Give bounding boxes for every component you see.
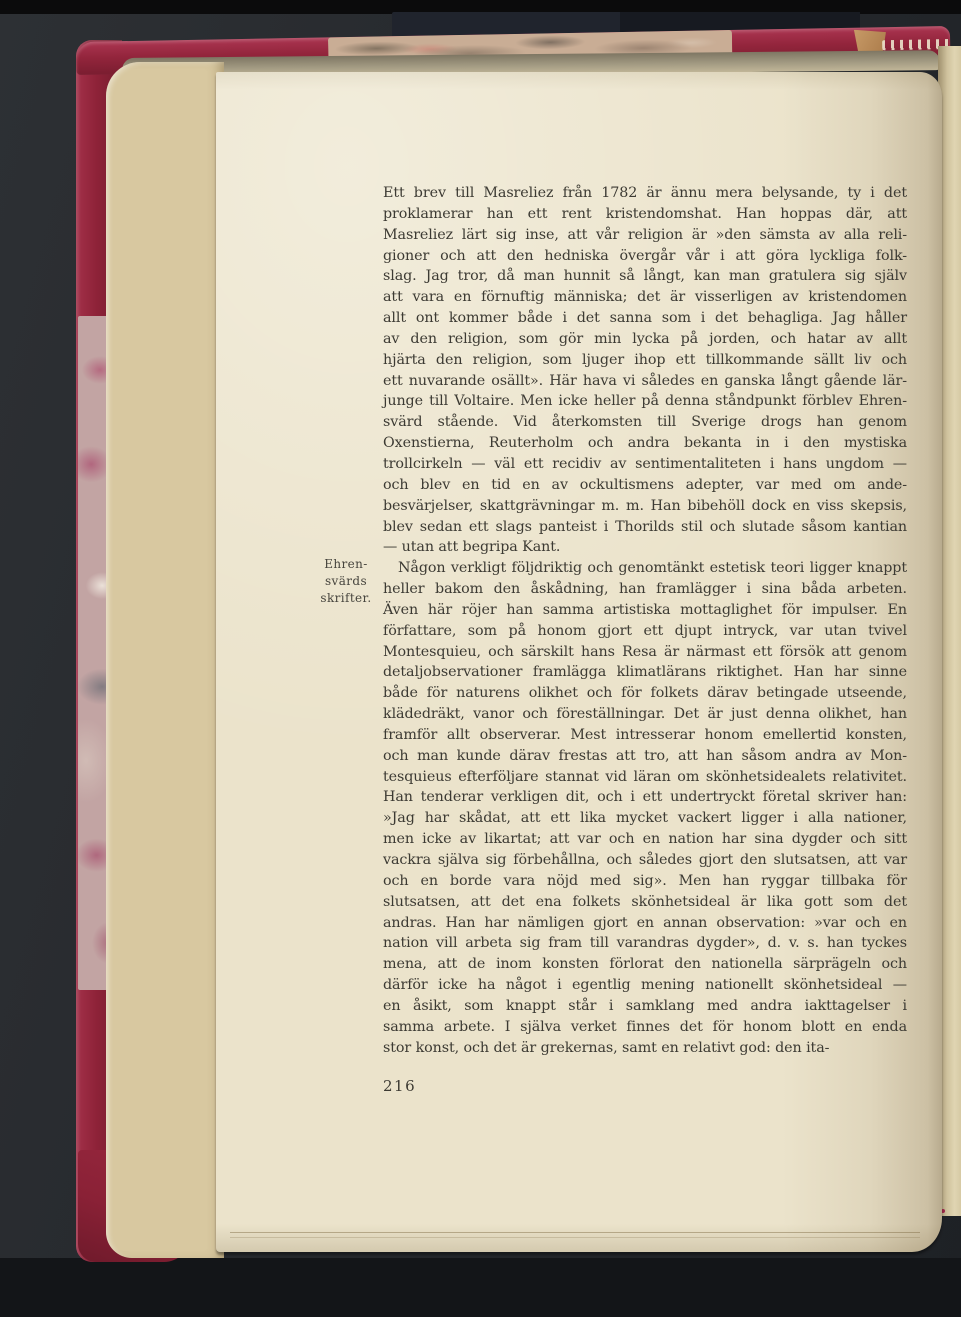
- text-line: gioner och att den hedniska övergår vår …: [383, 246, 907, 267]
- text-line: därför icke ha något i egentlig mening n…: [383, 975, 907, 996]
- text-line: både för naturens olikhet och för folket…: [383, 683, 907, 704]
- text-line: stor konst, och det är grekernas, samt e…: [383, 1038, 907, 1059]
- text-line: Masreliez lärt sig inse, att vår religio…: [383, 225, 907, 246]
- text-line: Även här röjer han samma artistiska mott…: [383, 600, 907, 621]
- margin-note: Ehren- svärds skrifter.: [310, 556, 382, 608]
- margin-note-line: svärds: [310, 573, 382, 590]
- text-line: Ett brev till Masreliez från 1782 är änn…: [383, 183, 907, 204]
- text-line: andras. Han har nämligen gjort en annan …: [383, 913, 907, 934]
- text-line: klädedräkt, vanor och föreställningar. D…: [383, 704, 907, 725]
- text-line: ett nuvarande osällt». Här hava vi såled…: [383, 371, 907, 392]
- text-line: trollcirkeln — väl ett recidiv av sentim…: [383, 454, 907, 475]
- page-number: 216: [383, 1077, 416, 1095]
- text-line: »Jag har skådat, att ett lika mycket vac…: [383, 808, 907, 829]
- text-line: hjärta den religion, som ljuger ihop ett…: [383, 350, 907, 371]
- text-line: Han tenderar verkligen dit, och i ett un…: [383, 787, 907, 808]
- text-line: framför allt observerar. Mest intressera…: [383, 725, 907, 746]
- backdrop-bottom-strip: [0, 1258, 961, 1317]
- text-line: Någon verkligt följdriktig och genomtänk…: [383, 558, 907, 579]
- text-line: proklamerar han ett rent kristendomshat.…: [383, 204, 907, 225]
- text-line: — utan att begripa Kant.: [383, 537, 907, 558]
- margin-note-line: Ehren-: [310, 556, 382, 573]
- text-line: men icke av likartat; att var och en nat…: [383, 829, 907, 850]
- book-photograph: Ehren- svärds skrifter. Ett brev till Ma…: [0, 0, 961, 1317]
- paragraph: Någon verkligt följdriktig och genomtänk…: [383, 558, 907, 1058]
- text-line: vackra själva sig förbehållna, och såled…: [383, 850, 907, 871]
- text-line: heller bakom den åskådning, han framlägg…: [383, 579, 907, 600]
- text-line: att vara en förnuftig människa; det är v…: [383, 287, 907, 308]
- text-line: slag. Jag tror, då man hunnit så långt, …: [383, 266, 907, 287]
- text-line: och man kunde därav frestas att tro, att…: [383, 746, 907, 767]
- text-line: detaljobservationer framlägga klimatlära…: [383, 662, 907, 683]
- paragraph: Ett brev till Masreliez från 1782 är änn…: [383, 183, 907, 558]
- text-line: Oxenstierna, Reuterholm och andra bekant…: [383, 433, 907, 454]
- text-line: och en borde vara nöjd med sig». Men han…: [383, 871, 907, 892]
- text-line: allt ont kommer både i det sanna som i d…: [383, 308, 907, 329]
- margin-note-line: skrifter.: [310, 590, 382, 607]
- text-line: författare, som på honom gjort ett djupt…: [383, 621, 907, 642]
- text-line: mena, att de inom konsten förlorat den n…: [383, 954, 907, 975]
- text-line: blev sedan ett slags panteist i Thorilds…: [383, 517, 907, 538]
- text-line: av den religion, som gör min lycka på jo…: [383, 329, 907, 350]
- text-line: samma arbete. I själva verket finnes det…: [383, 1017, 907, 1038]
- text-line: slutsatsen, att det ena folkets skönhets…: [383, 892, 907, 913]
- text-line: Montesquieu, och särskilt hans Resa är n…: [383, 642, 907, 663]
- page-edge-stack: [106, 62, 224, 1258]
- text-line: tesquieus efterföljare stannat vid läran…: [383, 767, 907, 788]
- text-line: nation vill arbeta sig fram till varandr…: [383, 933, 907, 954]
- text-line: och blev en tid en av ockultismens adept…: [383, 475, 907, 496]
- text-line: junge till Voltaire. Men icke heller på …: [383, 391, 907, 412]
- text-line: svärd stående. Vid återkomsten till Sver…: [383, 412, 907, 433]
- page-text: Ett brev till Masreliez från 1782 är änn…: [383, 183, 907, 1058]
- text-line: en åsikt, som knappt står i samklang med…: [383, 996, 907, 1017]
- text-line: besvärjelser, skattgrävningar m. m. Han …: [383, 496, 907, 517]
